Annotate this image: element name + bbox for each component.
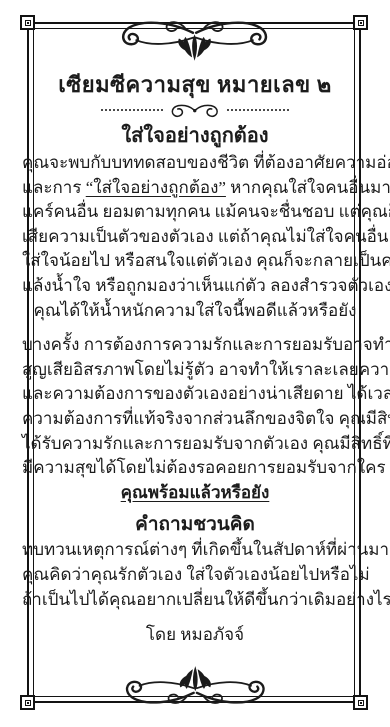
- paragraph-line: ความต้องการที่แท้จริงจากส่วนลึกของจิตใจ …: [22, 407, 368, 432]
- line2-suffix: หากคุณใส่ใจคนอื่นมากเกิน: [226, 178, 390, 197]
- paragraph-line: และการ “ใส่ใจอย่างถูกต้อง” หากคุณใส่ใจคน…: [22, 176, 368, 201]
- paragraph-line: สูญเสียอิสรภาพโดยไม่รู้ตัว อาจทำให้เราละ…: [22, 358, 368, 383]
- paragraph-line: แล้งน้ำใจ หรือถูกมองว่าเห็นแก่ตัว ลองสำร…: [22, 274, 368, 299]
- line2-underlined-phrase: “ใส่ใจอย่างถูกต้อง”: [86, 178, 226, 197]
- fortune-card: เซียมซีความสุข หมายเลข ๒ ใส่ใจอย่างถูกต้…: [0, 0, 390, 727]
- closing-question: คุณพร้อมแล้วหรือยัง: [22, 481, 368, 506]
- divider-dotted-line-right: [227, 109, 289, 111]
- paragraph-line: ได้รับความรักและการยอมรับจากตัวเอง คุณมี…: [22, 432, 368, 457]
- paragraph-line: ทบทวนเหตุการณ์ต่างๆ ที่เกิดขึ้นในสัปดาห์…: [22, 538, 368, 563]
- paragraph-line: ถ้าเป็นไปได้คุณอยากเปลี่ยนให้ดีขึ้นกว่าเ…: [22, 588, 368, 613]
- paragraph-line: คุณจะพบกับบททดสอบของชีวิต ที่ต้องอาศัยคว…: [22, 151, 368, 176]
- paragraph-line: และความต้องการของตัวเองอย่างน่าเสียดาย ไ…: [22, 382, 368, 407]
- paragraph-line: ใส่ใจน้อยไป หรือสนใจแต่ตัวเอง คุณก็จะกลา…: [22, 249, 368, 274]
- section2-paragraph: บางครั้ง การต้องการความรักและการยอมรับอา…: [22, 333, 368, 505]
- divider-swirl-icon: [165, 95, 225, 125]
- line2-prefix: และการ: [22, 178, 86, 197]
- author-byline: โดย หมอภัจจ์: [0, 623, 390, 647]
- paragraph-line: คุณคิดว่าคุณรักตัวเอง ใส่ใจตัวเองน้อยไปห…: [22, 563, 368, 588]
- paragraph-line: แคร์คนอื่น ยอมตามทุกคน แม้คนจะชื่นชอบ แต…: [22, 200, 368, 225]
- flourish-bottom-icon: [0, 663, 390, 707]
- paragraph-line: คุณได้ให้น้ำหนักความใส่ใจนี้พอดีแล้วหรือ…: [22, 299, 368, 324]
- paragraph-line: บางครั้ง การต้องการความรักและการยอมรับอา…: [22, 333, 368, 358]
- question-paragraph: ทบทวนเหตุการณ์ต่างๆ ที่เกิดขึ้นในสัปดาห์…: [22, 538, 368, 612]
- paragraph-line: เสียความเป็นตัวของตัวเอง แต่ถ้าคุณไม่ใส่…: [22, 225, 368, 250]
- section1-heading: ใส่ใจอย่างถูกต้อง: [30, 123, 360, 149]
- paragraph-line: มีความสุขได้โดยไม่ต้องรอคอยการยอมรับจากใ…: [22, 456, 368, 481]
- flourish-top-icon: [0, 18, 390, 64]
- question-heading: คำถามชวนคิด: [30, 512, 360, 537]
- divider-dotted-line-left: [101, 109, 163, 111]
- title-divider: [0, 102, 390, 118]
- section1-paragraph: คุณจะพบกับบททดสอบของชีวิต ที่ต้องอาศัยคว…: [22, 151, 368, 323]
